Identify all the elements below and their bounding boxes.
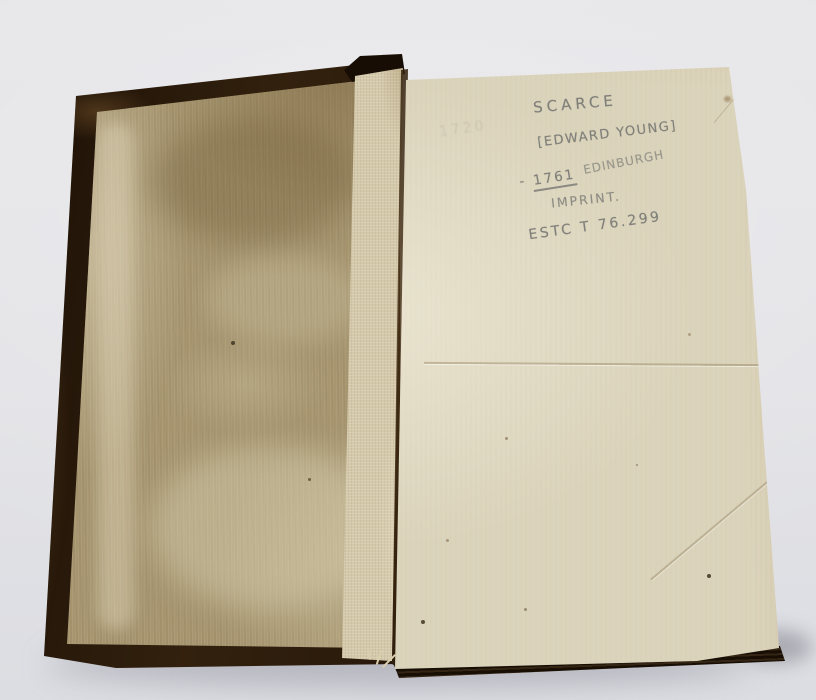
inscription-estc-number: ESTC T 76.299 [528,209,663,244]
erased-pencil-mark: 1720 [438,118,487,140]
book-photograph: 1720 SCARCE [EDWARD YOUNG] - 1761EDINBUR… [0,0,816,700]
diagonal-crease [650,454,801,581]
inscription-year-place: - 1761EDINBURGH [518,156,666,193]
foxing-spot [446,539,449,542]
pastedown-light-strip [98,122,134,630]
pastedown-speck [308,478,311,481]
pastedown-worn-patch [205,255,365,345]
foxing-spot [505,437,508,440]
foxing-spot [524,608,527,611]
pencil-inscription: 1720 SCARCE [EDWARD YOUNG] - 1761EDINBUR… [425,85,770,265]
foxing-spot [636,464,638,466]
inscription-author: [EDWARD YOUNG] [537,119,678,151]
inscription-year-underlined: 1761 [531,166,578,192]
pastedown-speck [231,341,235,345]
inscription-place: EDINBURGH [582,147,665,176]
horizontal-crease [424,362,764,366]
inscription-imprint: IMPRINT. [550,188,621,210]
foxing-spot [421,620,425,624]
foxing-spot [707,574,711,578]
pastedown-dark-stain [150,118,360,243]
foxing-spot [688,333,691,336]
inscription-scarce: SCARCE [532,91,617,116]
